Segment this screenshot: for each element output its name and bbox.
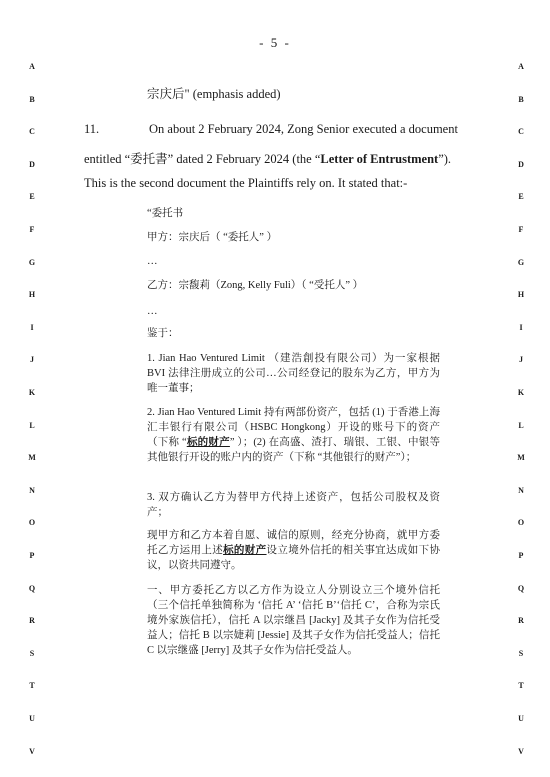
page-number: - 5 - — [0, 35, 550, 51]
defined-term: 标的财产 — [187, 437, 230, 448]
text: ”). — [438, 152, 451, 166]
margin-letter-left: K — [26, 388, 38, 397]
margin-letter-left: D — [26, 160, 38, 169]
margin-letter-right: L — [515, 421, 527, 430]
margin-letter-right: C — [515, 127, 527, 136]
quote-item-3: 3. 双方确认乙方为替甲方代持上述资产，包括公司股权及资产； — [147, 490, 440, 520]
margin-letter-left: L — [26, 421, 38, 430]
quote-agreement: 现甲方和乙方本着自愿、诚信的原则，经充分协商，就甲方委托乙方运用上述标的财产设立… — [147, 528, 440, 573]
quote-item-1: 1. Jian Hao Ventured Limit （建浩創投有限公司）为一家… — [147, 351, 440, 396]
margin-letter-left: O — [26, 518, 38, 527]
margin-letter-left: J — [26, 355, 38, 364]
margin-letter-left: H — [26, 290, 38, 299]
margin-letter-right: Q — [515, 584, 527, 593]
quote-clause-1: 一、甲方委托乙方以乙方作为设立人分别设立三个境外信托（三个信托单独简称为 ‘信托… — [147, 583, 440, 658]
margin-letter-left: F — [26, 225, 38, 234]
margin-letter-right: U — [515, 714, 527, 723]
margin-letter-left: E — [26, 192, 38, 201]
margin-letter-right: N — [515, 486, 527, 495]
margin-letter-left: U — [26, 714, 38, 723]
quote-ellipsis: … — [147, 254, 158, 269]
margin-letter-left: G — [26, 258, 38, 267]
quote-item-2: 2. Jian Hao Ventured Limit 持有两部份资产，包括 (1… — [147, 405, 440, 465]
paragraph-11-line2: entitled “委托書” dated 2 February 2024 (th… — [84, 149, 451, 167]
margin-letter-left: R — [26, 616, 38, 625]
margin-letter-right: V — [515, 747, 527, 756]
margin-letter-right: P — [515, 551, 527, 560]
margin-letter-right: F — [515, 225, 527, 234]
defined-term: 标的财产 — [223, 545, 266, 556]
margin-letter-right: T — [515, 681, 527, 690]
paragraph-number: 11. — [84, 122, 99, 137]
margin-letter-right: H — [515, 290, 527, 299]
margin-letter-left: S — [26, 649, 38, 658]
margin-letter-left: N — [26, 486, 38, 495]
margin-letter-right: A — [515, 62, 527, 71]
quote-title: “委托书 — [147, 206, 183, 221]
margin-letter-right: M — [515, 453, 527, 462]
defined-term: Letter of Entrustment — [320, 152, 438, 166]
quote-whereas: 鉴于： — [147, 326, 179, 341]
margin-letter-right: G — [515, 258, 527, 267]
margin-letter-right: S — [515, 649, 527, 658]
paragraph-11-line1: On about 2 February 2024, Zong Senior ex… — [149, 122, 458, 137]
quote-party-b: 乙方：宗馥莉（Zong, Kelly Fuli）（ “受托人” ） — [147, 278, 363, 293]
paragraph-11-line3: This is the second document the Plaintif… — [84, 176, 407, 191]
margin-letter-right: J — [515, 355, 527, 364]
margin-letter-left: Q — [26, 584, 38, 593]
text: entitled “委托書” dated 2 February 2024 (th… — [84, 152, 320, 166]
margin-letter-right: B — [515, 95, 527, 104]
margin-letter-left: M — [26, 453, 38, 462]
quote-party-a: 甲方：宗庆后（ “委托人” ） — [147, 230, 277, 245]
margin-letter-left: I — [26, 323, 38, 332]
margin-letter-left: V — [26, 747, 38, 756]
margin-letter-left: A — [26, 62, 38, 71]
margin-letter-right: R — [515, 616, 527, 625]
margin-letter-right: D — [515, 160, 527, 169]
margin-letter-right: K — [515, 388, 527, 397]
margin-letter-left: P — [26, 551, 38, 560]
quote-ellipsis: … — [147, 304, 158, 319]
margin-letter-right: I — [515, 323, 527, 332]
margin-letter-right: O — [515, 518, 527, 527]
carry-over-text: 宗庆后" (emphasis added) — [147, 84, 281, 102]
margin-letter-left: T — [26, 681, 38, 690]
margin-letter-right: E — [515, 192, 527, 201]
margin-letter-left: B — [26, 95, 38, 104]
margin-letter-left: C — [26, 127, 38, 136]
